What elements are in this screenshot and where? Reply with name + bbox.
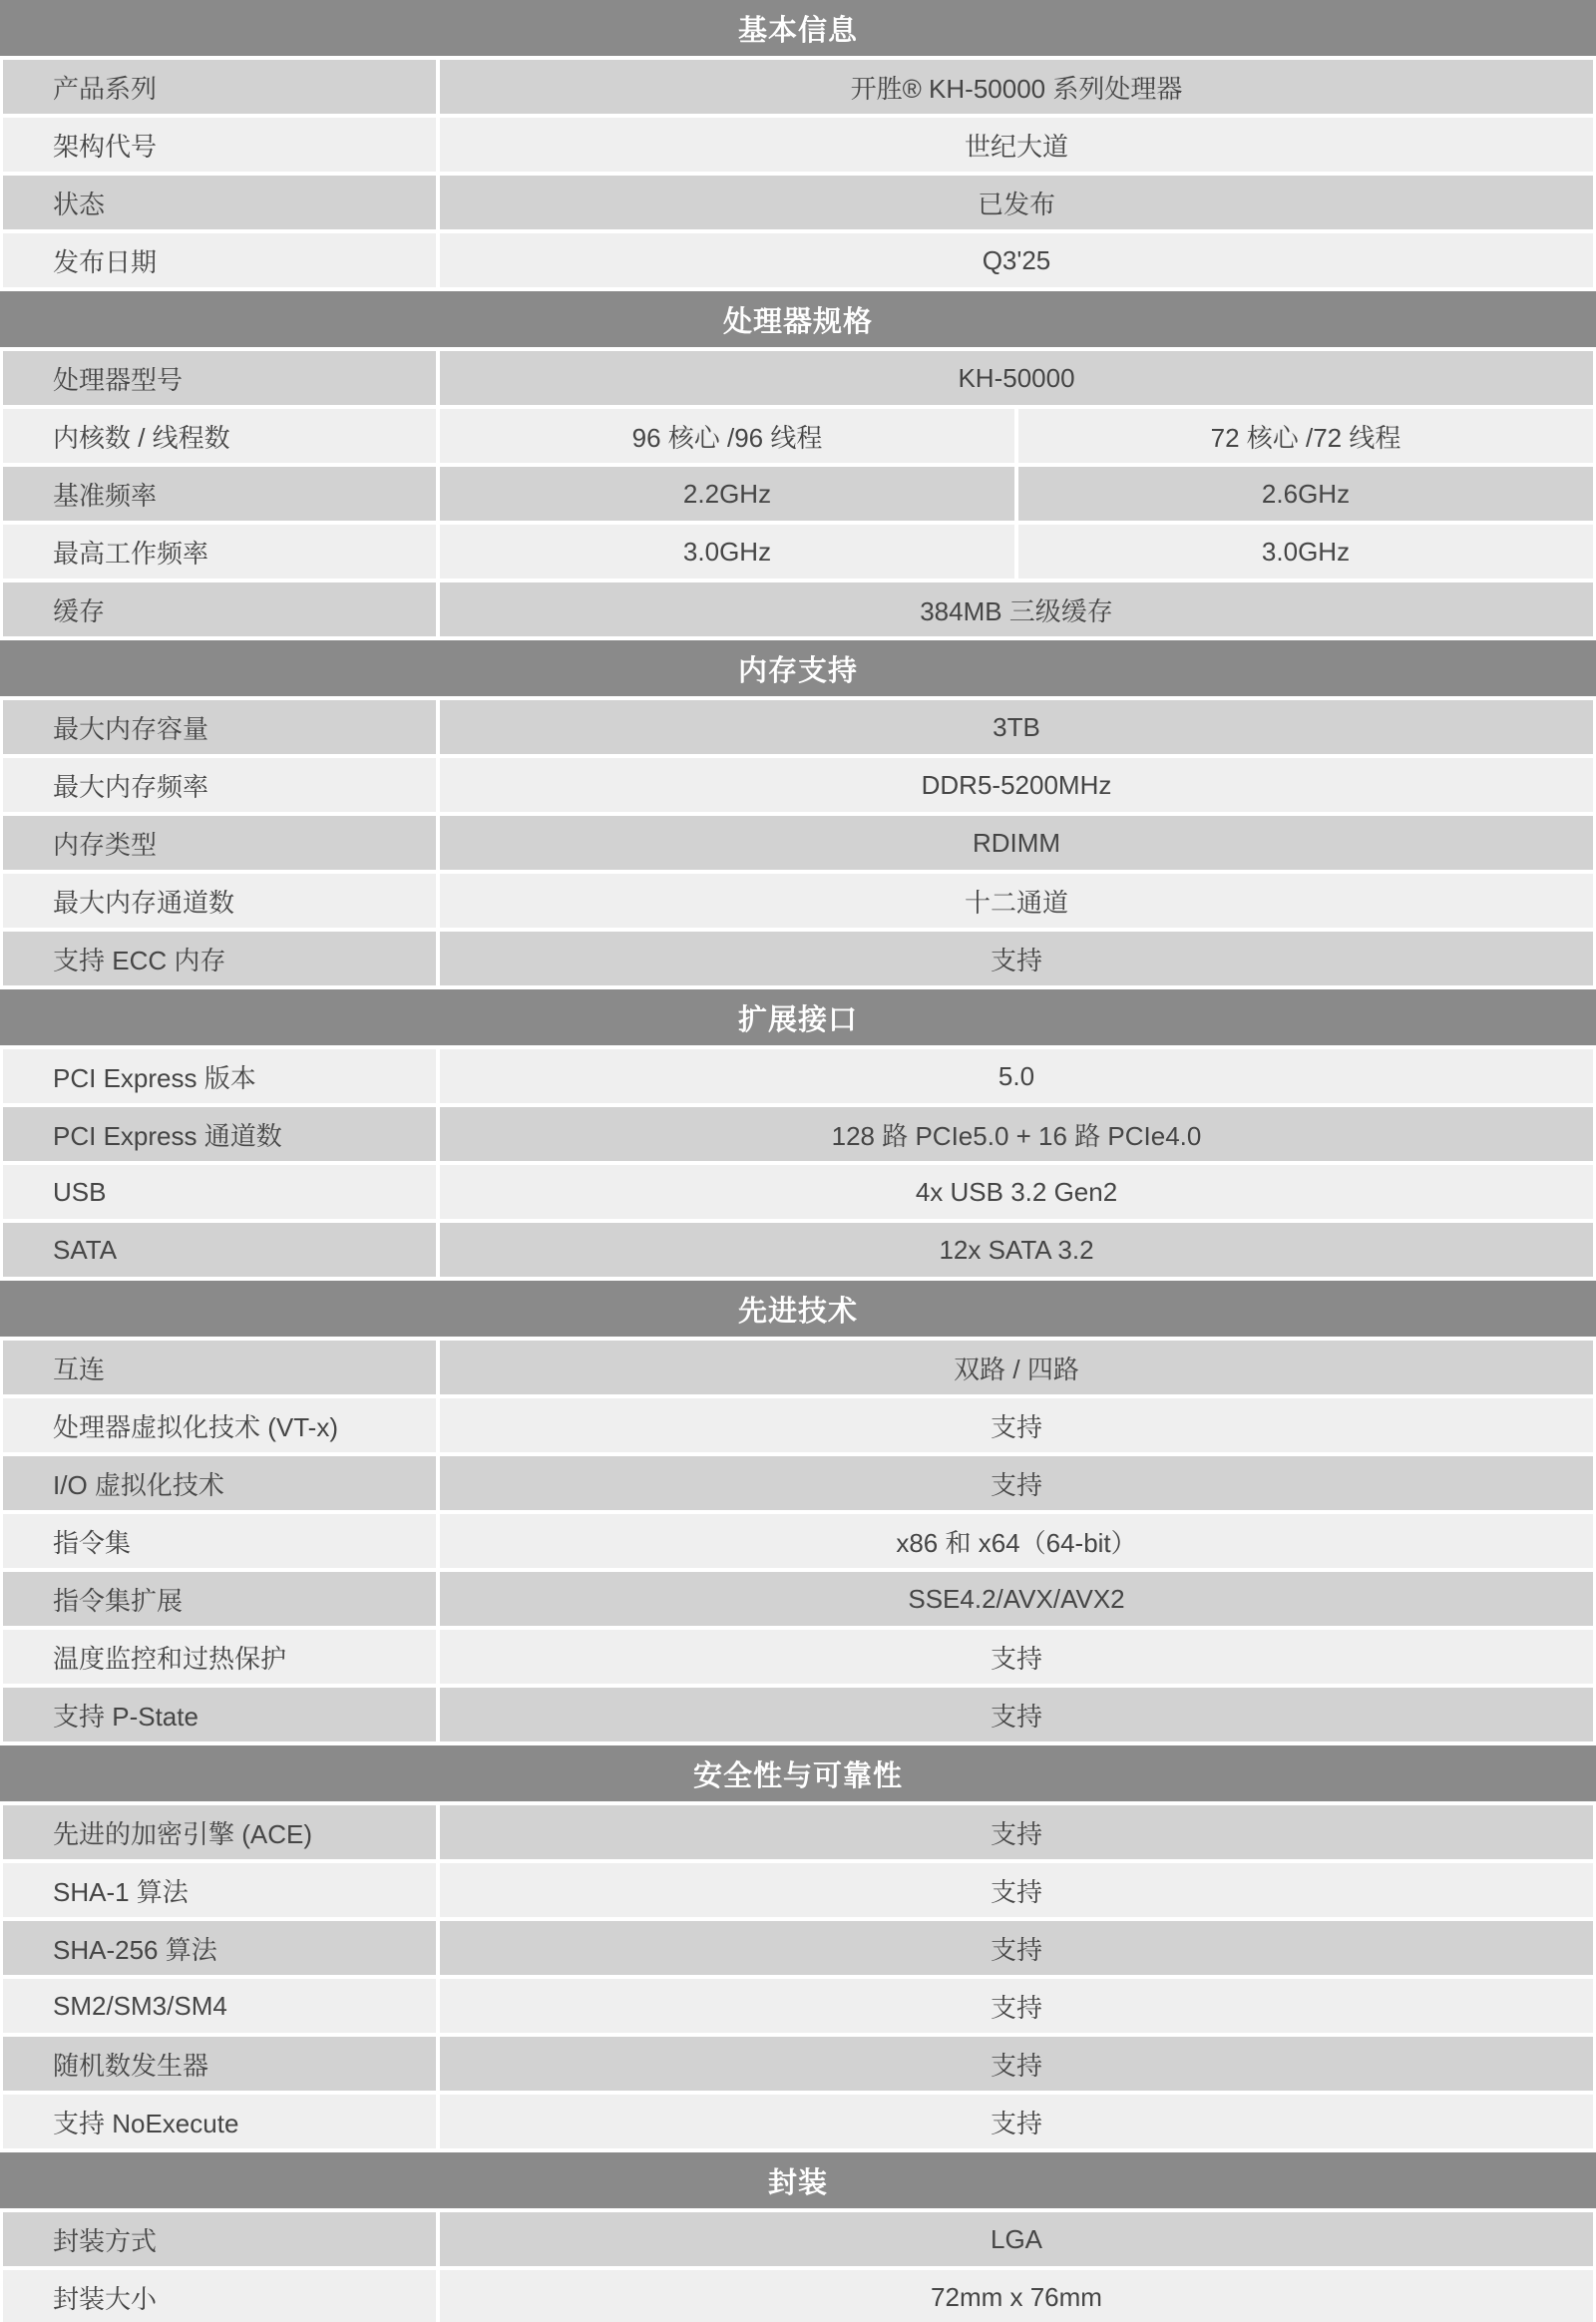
spec-label-cell: PCI Express 通道数 [3, 1107, 436, 1161]
spec-row: 内核数 / 线程数96 核心 /96 线程72 核心 /72 线程 [3, 409, 1593, 463]
spec-value-cell: 128 路 PCIe5.0 + 16 路 PCIe4.0 [440, 1107, 1593, 1161]
spec-value-cell: 支持 [440, 1805, 1593, 1859]
spec-row: 指令集x86 和 x64（64-bit） [3, 1514, 1593, 1568]
spec-value-cell: x86 和 x64（64-bit） [440, 1514, 1593, 1568]
spec-label-cell: SATA [3, 1223, 436, 1277]
spec-value-cell: 支持 [440, 1921, 1593, 1975]
spec-value-cell: 开胜® KH-50000 系列处理器 [440, 60, 1593, 114]
spec-row: SM2/SM3/SM4支持 [3, 1979, 1593, 2033]
spec-row: SHA-256 算法支持 [3, 1921, 1593, 1975]
spec-value-cell: 已发布 [440, 176, 1593, 229]
section-header: 安全性与可靠性 [0, 1745, 1596, 1801]
spec-row: 状态已发布 [3, 176, 1593, 229]
spec-value-cell: 支持 [440, 1398, 1593, 1452]
spec-row: 产品系列开胜® KH-50000 系列处理器 [3, 60, 1593, 114]
spec-value-cell: DDR5-5200MHz [440, 758, 1593, 812]
spec-row: 最大内存通道数十二通道 [3, 874, 1593, 928]
section-title: 先进技术 [738, 1289, 858, 1330]
spec-value-cell: 双路 / 四路 [440, 1341, 1593, 1394]
spec-value-cell: KH-50000 [440, 351, 1593, 405]
spec-row: 指令集扩展SSE4.2/AVX/AVX2 [3, 1572, 1593, 1626]
spec-row: 最大内存频率DDR5-5200MHz [3, 758, 1593, 812]
spec-value-cell: LGA [440, 2212, 1593, 2266]
spec-label-cell: 最大内存容量 [3, 700, 436, 754]
spec-label-cell: PCI Express 版本 [3, 1049, 436, 1103]
spec-row: 处理器型号KH-50000 [3, 351, 1593, 405]
spec-row: 互连双路 / 四路 [3, 1341, 1593, 1394]
spec-label-cell: 内存类型 [3, 816, 436, 870]
spec-row: PCI Express 通道数128 路 PCIe5.0 + 16 路 PCIe… [3, 1107, 1593, 1161]
spec-row: 内存类型RDIMM [3, 816, 1593, 870]
spec-row: 基准频率2.2GHz2.6GHz [3, 467, 1593, 521]
spec-row: 先进的加密引擎 (ACE)支持 [3, 1805, 1593, 1859]
spec-label-cell: 指令集 [3, 1514, 436, 1568]
section-header: 基本信息 [0, 0, 1596, 56]
spec-label-cell: 产品系列 [3, 60, 436, 114]
section-header: 封装 [0, 2152, 1596, 2208]
spec-label-cell: 处理器型号 [3, 351, 436, 405]
spec-table: 基本信息产品系列开胜® KH-50000 系列处理器架构代号世纪大道状态已发布发… [0, 0, 1596, 2322]
spec-value-cell: 支持 [440, 2095, 1593, 2148]
spec-label-cell: I/O 虚拟化技术 [3, 1456, 436, 1510]
section-title: 安全性与可靠性 [693, 1753, 903, 1794]
spec-label-cell: 处理器虚拟化技术 (VT-x) [3, 1398, 436, 1452]
spec-label-cell: SM2/SM3/SM4 [3, 1979, 436, 2033]
spec-value-cell: 3.0GHz [440, 525, 1014, 579]
spec-label-cell: 支持 ECC 内存 [3, 932, 436, 985]
spec-label-cell: 指令集扩展 [3, 1572, 436, 1626]
spec-row: 支持 NoExecute支持 [3, 2095, 1593, 2148]
spec-value-cell: 2.6GHz [1018, 467, 1593, 521]
spec-row: 支持 P-State支持 [3, 1688, 1593, 1741]
spec-value-cell: 4x USB 3.2 Gen2 [440, 1165, 1593, 1219]
spec-row: SATA12x SATA 3.2 [3, 1223, 1593, 1277]
spec-row: 随机数发生器支持 [3, 2037, 1593, 2091]
spec-label-cell: 支持 NoExecute [3, 2095, 436, 2148]
spec-label-cell: USB [3, 1165, 436, 1219]
spec-label-cell: 支持 P-State [3, 1688, 436, 1741]
spec-value-cell: 支持 [440, 1979, 1593, 2033]
spec-row: PCI Express 版本5.0 [3, 1049, 1593, 1103]
spec-value-cell: 支持 [440, 1863, 1593, 1917]
spec-label-cell: 随机数发生器 [3, 2037, 436, 2091]
section-title: 基本信息 [738, 8, 858, 49]
spec-label-cell: 最大内存通道数 [3, 874, 436, 928]
spec-value-cell: 支持 [440, 2037, 1593, 2091]
spec-value-cell: 2.2GHz [440, 467, 1014, 521]
section-title: 封装 [768, 2160, 828, 2201]
spec-value-cell: 支持 [440, 932, 1593, 985]
spec-label-cell: 先进的加密引擎 (ACE) [3, 1805, 436, 1859]
section-header: 扩展接口 [0, 989, 1596, 1045]
spec-label-cell: 内核数 / 线程数 [3, 409, 436, 463]
spec-value-cell: 支持 [440, 1456, 1593, 1510]
spec-row: 架构代号世纪大道 [3, 118, 1593, 172]
spec-label-cell: SHA-256 算法 [3, 1921, 436, 1975]
section-title: 处理器规格 [723, 299, 873, 340]
spec-value-cell: SSE4.2/AVX/AVX2 [440, 1572, 1593, 1626]
spec-label-cell: 最大内存频率 [3, 758, 436, 812]
spec-label-cell: 封装方式 [3, 2212, 436, 2266]
spec-row: SHA-1 算法支持 [3, 1863, 1593, 1917]
spec-label-cell: 互连 [3, 1341, 436, 1394]
spec-row: 温度监控和过热保护支持 [3, 1630, 1593, 1684]
spec-row: 封装方式LGA [3, 2212, 1593, 2266]
section-header: 内存支持 [0, 640, 1596, 696]
spec-value-cell: 72 核心 /72 线程 [1018, 409, 1593, 463]
spec-label-cell: 基准频率 [3, 467, 436, 521]
spec-value-cell: 支持 [440, 1688, 1593, 1741]
spec-row: USB4x USB 3.2 Gen2 [3, 1165, 1593, 1219]
spec-value-cell: Q3'25 [440, 233, 1593, 287]
spec-value-cell: 5.0 [440, 1049, 1593, 1103]
spec-label-cell: 温度监控和过热保护 [3, 1630, 436, 1684]
spec-row: 最高工作频率3.0GHz3.0GHz [3, 525, 1593, 579]
spec-label-cell: 发布日期 [3, 233, 436, 287]
spec-label-cell: 状态 [3, 176, 436, 229]
spec-value-cell: 世纪大道 [440, 118, 1593, 172]
section-title: 扩展接口 [738, 997, 858, 1038]
spec-row: 缓存384MB 三级缓存 [3, 582, 1593, 636]
spec-row: 支持 ECC 内存支持 [3, 932, 1593, 985]
spec-row: 封装大小72mm x 76mm [3, 2270, 1593, 2322]
spec-value-cell: 支持 [440, 1630, 1593, 1684]
spec-value-cell: 3.0GHz [1018, 525, 1593, 579]
spec-label-cell: 最高工作频率 [3, 525, 436, 579]
spec-row: 发布日期Q3'25 [3, 233, 1593, 287]
spec-row: 最大内存容量3TB [3, 700, 1593, 754]
spec-row: I/O 虚拟化技术支持 [3, 1456, 1593, 1510]
spec-value-cell: 3TB [440, 700, 1593, 754]
spec-label-cell: 架构代号 [3, 118, 436, 172]
section-header: 处理器规格 [0, 291, 1596, 347]
section-header: 先进技术 [0, 1281, 1596, 1337]
spec-label-cell: 封装大小 [3, 2270, 436, 2322]
spec-value-cell: 96 核心 /96 线程 [440, 409, 1014, 463]
section-title: 内存支持 [738, 648, 858, 689]
spec-label-cell: SHA-1 算法 [3, 1863, 436, 1917]
spec-value-cell: 384MB 三级缓存 [440, 582, 1593, 636]
spec-value-cell: 十二通道 [440, 874, 1593, 928]
spec-label-cell: 缓存 [3, 582, 436, 636]
spec-value-cell: RDIMM [440, 816, 1593, 870]
spec-row: 处理器虚拟化技术 (VT-x)支持 [3, 1398, 1593, 1452]
spec-value-cell: 12x SATA 3.2 [440, 1223, 1593, 1277]
spec-value-cell: 72mm x 76mm [440, 2270, 1593, 2322]
